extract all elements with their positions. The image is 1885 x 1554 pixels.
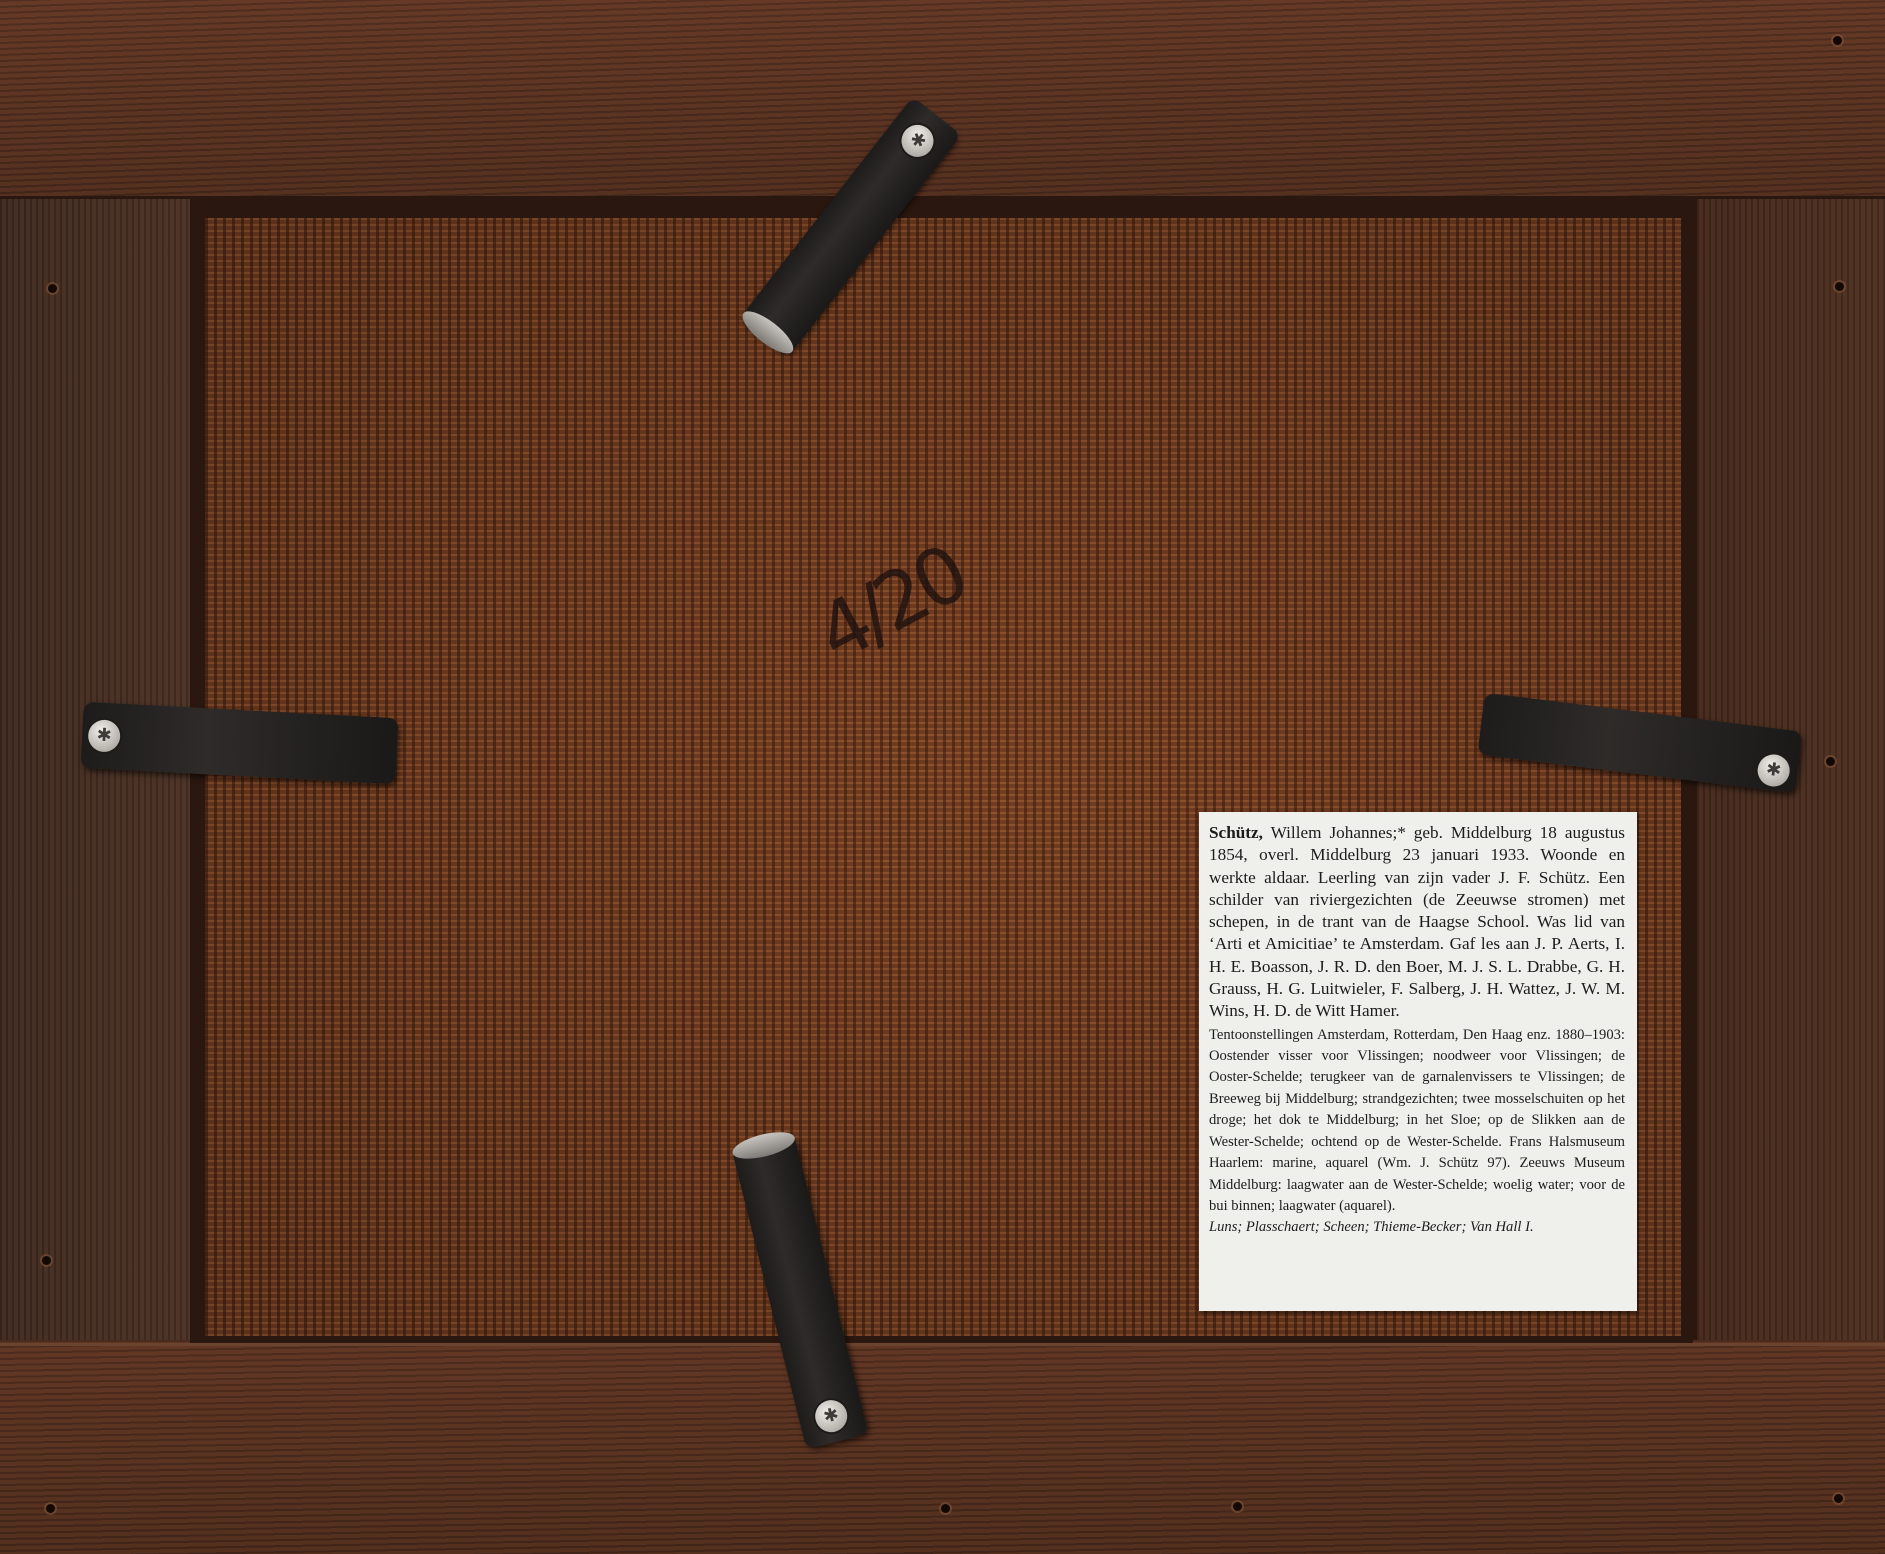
frame-bottom-rail — [0, 1343, 1885, 1554]
screw-icon — [812, 1397, 851, 1436]
screw-icon — [1756, 753, 1792, 789]
nail-hole — [941, 1504, 950, 1513]
label-biography: Schütz, Willem Johannes;* geb. Middelbur… — [1209, 822, 1625, 1023]
nail-hole — [46, 1504, 55, 1513]
nail-hole — [42, 1256, 51, 1265]
nail-hole — [1834, 1494, 1843, 1503]
biography-text: Willem Johannes;* geb. Middelburg 18 aug… — [1209, 823, 1625, 1020]
artist-biography-label: Schütz, Willem Johannes;* geb. Middelbur… — [1199, 812, 1637, 1311]
label-exhibitions: Tentoonstellingen Amsterdam, Rotterdam, … — [1209, 1025, 1625, 1218]
nail-hole — [1833, 36, 1842, 45]
artist-name: Schütz, — [1209, 823, 1263, 842]
label-references: Luns; Plasschaert; Scheen; Thieme-Becker… — [1209, 1217, 1625, 1238]
screw-icon — [895, 118, 940, 163]
nail-hole — [1835, 282, 1844, 291]
screw-icon — [87, 719, 121, 753]
nail-hole — [1233, 1502, 1242, 1511]
picture-frame-back: 4/20 Schütz, Willem Johannes;* geb. Midd… — [0, 0, 1885, 1554]
nail-hole — [48, 284, 57, 293]
frame-top-rail — [0, 0, 1885, 199]
nail-hole — [1826, 757, 1835, 766]
